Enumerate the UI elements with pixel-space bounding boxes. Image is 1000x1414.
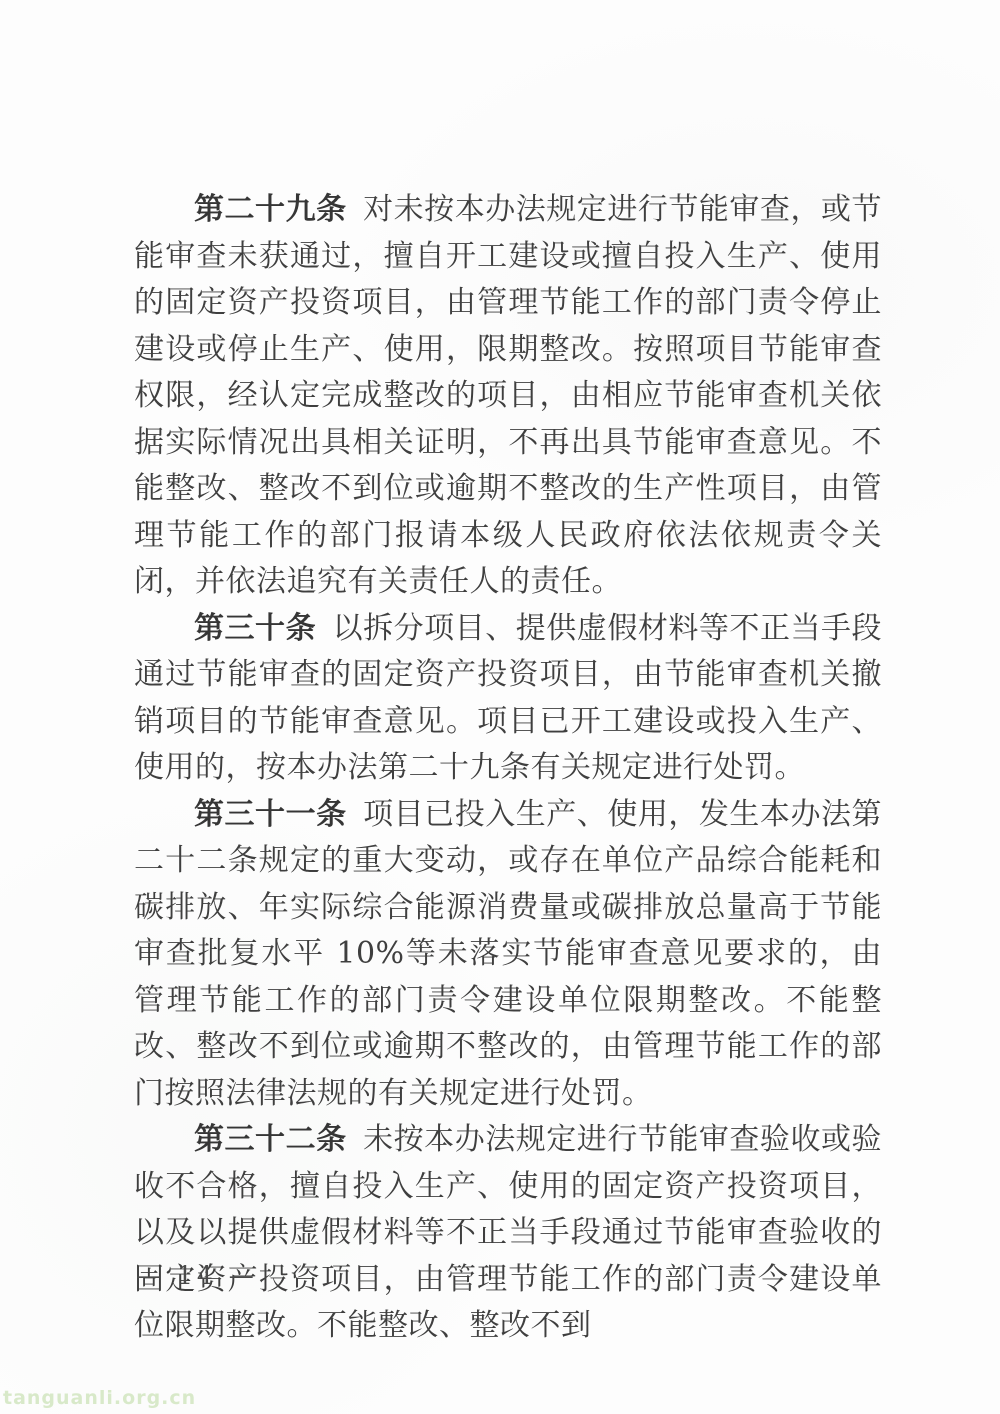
article-number-30: 第三十条 [194,611,316,646]
watermark: tanguanli.org.cn [3,1387,196,1409]
article-paragraph-30: 第三十条以拆分项目、提供虚假材料等不正当手段通过节能审查的固定资产投资项目，由节… [134,606,882,792]
article-paragraph-31: 第三十一条项目已投入生产、使用，发生本办法第二十二条规定的重大变动，或存在单位产… [134,792,882,1118]
article-text-29: 对未按本办法规定进行节能审查，或节能审查未获通过，擅自开工建设或擅自投入生产、使… [134,192,882,599]
article-number-32: 第三十二条 [194,1122,347,1157]
article-paragraph-29: 第二十九条对未按本办法规定进行节能审查，或节能审查未获通过，擅自开工建设或擅自投… [134,187,882,606]
page-number: — 14 — [136,1261,258,1290]
document-body: 第二十九条对未按本办法规定进行节能审查，或节能审查未获通过，擅自开工建设或擅自投… [134,187,882,1350]
article-paragraph-32: 第三十二条未按本办法规定进行节能审查验收或验收不合格，擅自投入生产、使用的固定资… [134,1117,882,1350]
article-number-29: 第二十九条 [194,192,347,227]
article-text-31: 项目已投入生产、使用，发生本办法第二十二条规定的重大变动，或存在单位产品综合能耗… [134,797,882,1111]
document-page: 第二十九条对未按本办法规定进行节能审查，或节能审查未获通过，擅自开工建设或擅自投… [0,0,1000,1414]
article-number-31: 第三十一条 [194,797,347,832]
